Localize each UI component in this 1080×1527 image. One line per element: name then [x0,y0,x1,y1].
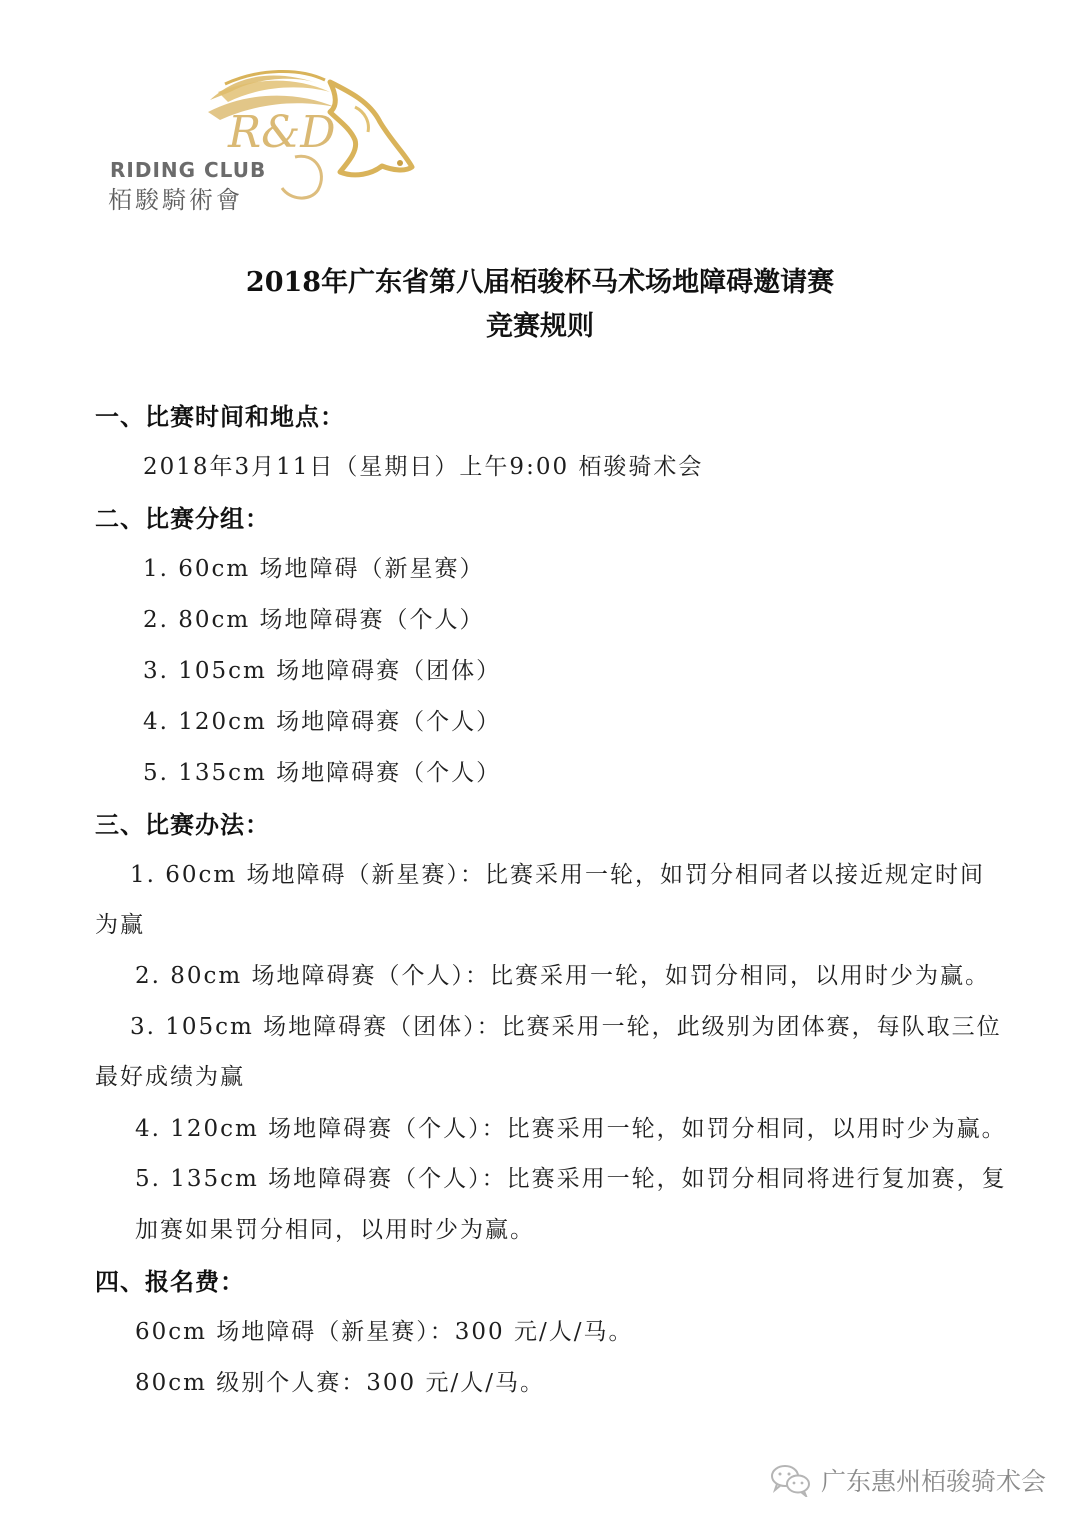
section-heading-rules: 三、比赛办法： [95,805,270,840]
club-logo: R&D RIDING CLUB 栢駿騎術會 [100,62,430,212]
rule-item: 3. 105cm 场地障碍赛（团体）：比赛采用一轮，此级别为团体赛，每队取三位 [130,1008,1002,1041]
rule-item-continued: 加赛如果罚分相同，以用时少为赢。 [135,1211,535,1244]
fee-item: 80cm 级别个人赛：300 元/人/马。 [135,1364,545,1397]
document-subtitle: 竞赛规则 [0,304,1080,343]
fee-item: 60cm 场地障碍（新星赛）：300 元/人/马。 [135,1313,633,1346]
rule-item-continued: 为赢 [95,906,145,939]
group-item: 1. 60cm 场地障碍（新星赛） [143,550,485,583]
document-title: 2018年广东省第八届栢骏杯马术场地障碍邀请赛 [0,260,1080,299]
group-item: 3. 105cm 场地障碍赛（团体） [143,652,501,685]
logo-name-zh: 栢駿騎術會 [108,180,243,215]
group-item: 2. 80cm 场地障碍赛（个人） [143,601,485,634]
wechat-watermark: 广东惠州栢骏骑术会 [769,1462,1046,1498]
rule-item: 4. 120cm 场地障碍赛（个人）：比赛采用一轮，如罚分相同，以用时少为赢。 [135,1110,1007,1143]
rule-item: 2. 80cm 场地障碍赛（个人）：比赛采用一轮，如罚分相同，以用时少为赢。 [135,957,990,990]
logo-name-en: RIDING CLUB [110,158,266,182]
rule-item-continued: 最好成绩为赢 [95,1058,245,1091]
section-heading-time-venue: 一、比赛时间和地点： [95,397,345,432]
svg-text:R&D: R&D [227,107,336,158]
rule-item: 5. 135cm 场地障碍赛（个人）：比赛采用一轮，如罚分相同将进行复加赛，复 [135,1160,1007,1193]
group-item: 4. 120cm 场地障碍赛（个人） [143,703,501,736]
event-date-venue: 2018年3月11日（星期日）上午9:00 栢骏骑术会 [143,448,703,481]
section-heading-groups: 二、比赛分组： [95,499,270,534]
wechat-account-name: 广东惠州栢骏骑术会 [821,1462,1046,1498]
group-item: 5. 135cm 场地障碍赛（个人） [143,754,501,787]
rule-item: 1. 60cm 场地障碍（新星赛）：比赛采用一轮，如罚分相同者以接近规定时间 [130,856,985,889]
wechat-icon [769,1463,813,1497]
section-heading-fees: 四、报名费： [95,1262,245,1297]
